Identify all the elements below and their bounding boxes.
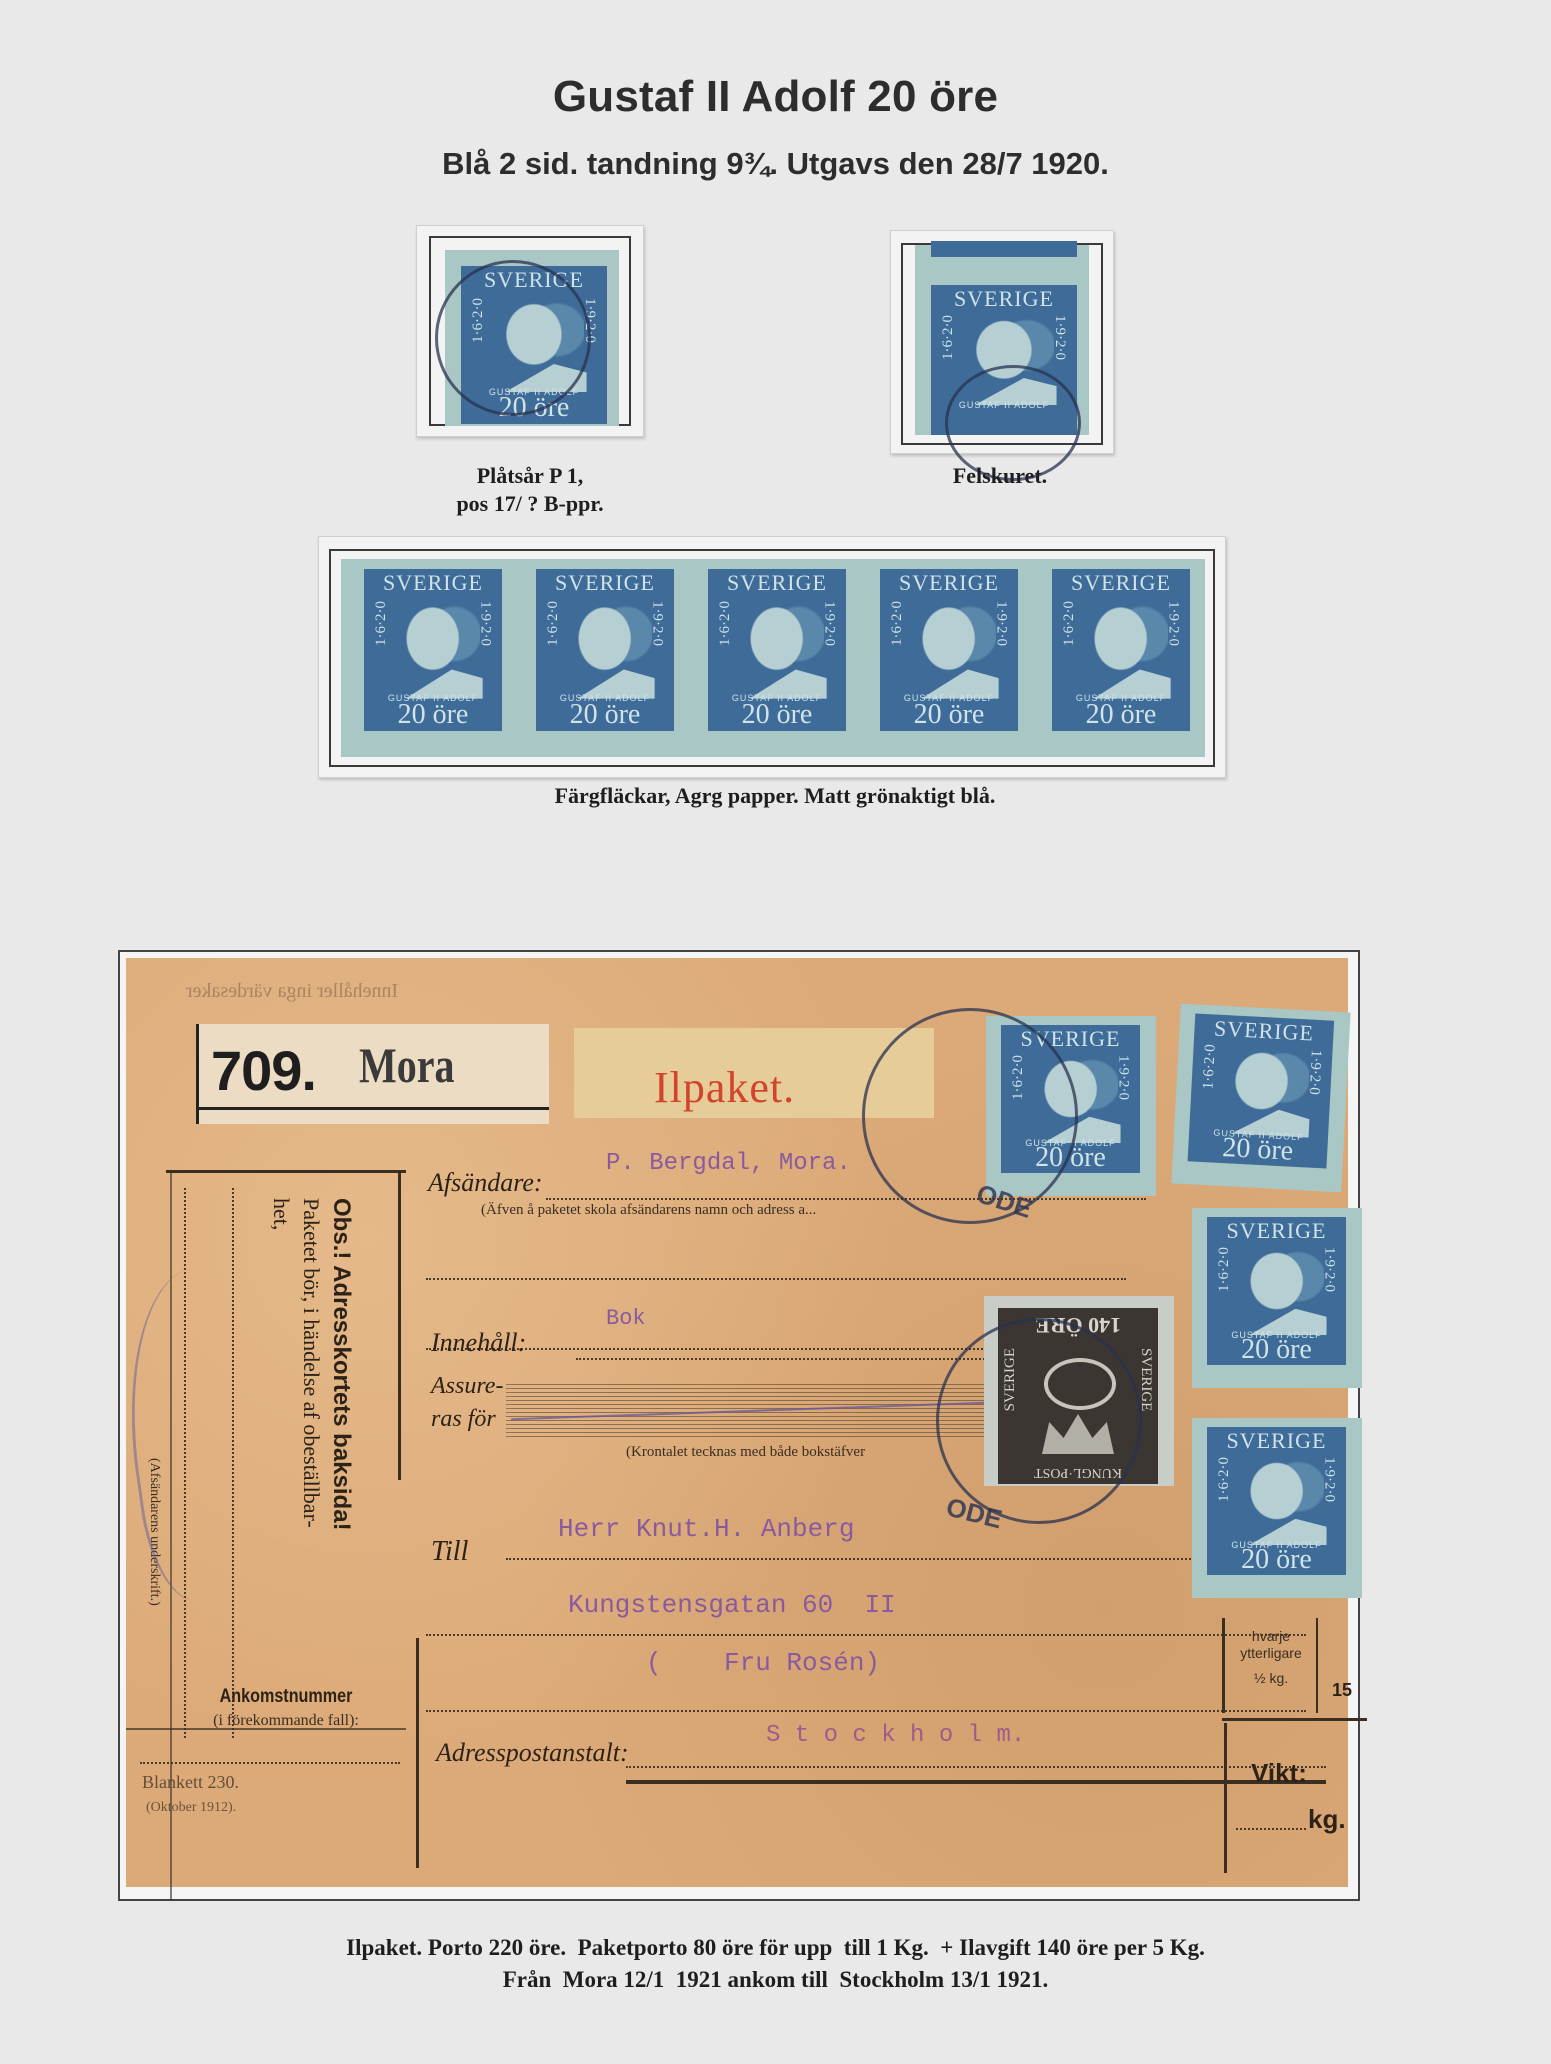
stamp-20-ore-strip-2: SVERIGE1·6·2·01·9·2·0GUSTAF II ADOLF20 ö… (521, 559, 689, 757)
side-instruction: Paketet bör, i händelse af obeställbar- … (266, 1198, 326, 1718)
postal-card: Innehåller inga värdesaker 709. Mora Ilp… (126, 958, 1348, 1887)
stamp-20-ore-strip-3: SVERIGE1·6·2·01·9·2·0GUSTAF II ADOLF20 ö… (693, 559, 861, 757)
stamp-mount-2: SVERIGE 1·6·2·0 1·9·2·0 GUSTAF II ADOLF (890, 230, 1114, 454)
postmark-odeng-1 (862, 1008, 1078, 1224)
faded-offset-print: Innehåller inga värdesaker (186, 980, 398, 1003)
form-number: Blankett 230. (142, 1772, 239, 1793)
sender-note: (Äfven å paketet skola afsändarens namn … (481, 1202, 816, 1219)
fee-box-text: hvarje ytterligare ½ kg. (1226, 1628, 1316, 1687)
caption-single-2: Felskuret. (850, 462, 1150, 490)
stamp-20-ore-card-4: SVERIGE1·6·2·01·9·2·0GUSTAF II ADOLF20 ö… (1192, 1418, 1362, 1598)
footer-line-1: Ilpaket. Porto 220 öre. Paketporto 80 ör… (0, 1932, 1551, 1964)
stamp-20-ore-card-2: SVERIGE1·6·2·01·9·2·0GUSTAF II ADOLF20 ö… (1171, 1004, 1350, 1193)
arrival-number-sub: (i förekommande fall): (156, 1712, 416, 1730)
footer-line-2: Från Mora 12/1 1921 ankom till Stockholm… (0, 1964, 1551, 1996)
caption-strip: Färgfläckar, Agrg papper. Matt grönaktig… (400, 782, 1150, 810)
postmark-odeng-2 (936, 1318, 1142, 1524)
sender-label: Afsändare: (428, 1168, 543, 1198)
arrival-number-title: Ankomstnummer (184, 1686, 388, 1708)
weight-unit: kg. (1308, 1804, 1346, 1835)
postmark (435, 260, 591, 416)
sender-value: P. Bergdal, Mora. (606, 1150, 851, 1177)
stamp-20-ore-strip-4: SVERIGE1·6·2·01·9·2·0GUSTAF II ADOLF20 ö… (865, 559, 1033, 757)
route-number: 709. (211, 1038, 316, 1103)
page-title: Gustaf II Adolf 20 öre (0, 72, 1551, 122)
stamp-20-ore-strip-1: SVERIGE1·6·2·01·9·2·0GUSTAF II ADOLF20 ö… (349, 559, 517, 757)
to-line-1: Herr Knut.H. Anberg (558, 1514, 854, 1544)
weight-label: Vikt: (1251, 1758, 1307, 1789)
to-line-3: ( Fru Rosén) (646, 1648, 880, 1678)
post-office-value: S t o c k h o l m. (766, 1722, 1025, 1749)
fee-box-value: 15 (1332, 1680, 1352, 1701)
ilpaket-text: Ilpaket. (654, 1062, 795, 1113)
side-note-vertical: Obs.! Adresskortets baksida! (326, 1198, 356, 1718)
insured-note: (Krontalet tecknas med både bokstäfver (626, 1444, 865, 1461)
stamp-20-ore-single-1: SVERIGE 1·6·2·0 1·9·2·0 GUSTAF II ADOLF … (445, 250, 619, 426)
contents-label: Innehåll: (431, 1328, 526, 1358)
route-label: 709. Mora (196, 1024, 549, 1124)
stamp-20-ore-card-3: SVERIGE1·6·2·01·9·2·0GUSTAF II ADOLF20 ö… (1192, 1208, 1362, 1388)
stamp-20-ore-miscut: SVERIGE 1·6·2·0 1·9·2·0 GUSTAF II ADOLF (915, 245, 1089, 435)
to-line-2: Kungstensgatan 60 II (568, 1590, 896, 1620)
footer-caption: Ilpaket. Porto 220 öre. Paketporto 80 ör… (0, 1932, 1551, 1996)
post-office-label: Adresspostanstalt: (436, 1738, 629, 1768)
stamp-strip: SVERIGE1·6·2·01·9·2·0GUSTAF II ADOLF20 ö… (341, 559, 1203, 757)
route-place: Mora (359, 1036, 455, 1094)
strip-mount: SVERIGE1·6·2·01·9·2·0GUSTAF II ADOLF20 ö… (318, 536, 1226, 778)
insured-label-2: ras för (431, 1406, 496, 1433)
to-label: Till (431, 1536, 468, 1568)
page-subtitle: Blå 2 sid. tandning 9¾. Utgavs den 28/7 … (0, 146, 1551, 182)
stamp-mount-1: SVERIGE 1·6·2·0 1·9·2·0 GUSTAF II ADOLF … (416, 225, 644, 437)
form-date: (Oktober 1912). (146, 1800, 236, 1816)
contents-value: Bok (606, 1306, 646, 1331)
caption-single-1: Plåtsår P 1, pos 17/ ? B-ppr. (380, 462, 680, 518)
stamp-20-ore-strip-5: SVERIGE1·6·2·01·9·2·0GUSTAF II ADOLF20 ö… (1037, 559, 1205, 757)
insured-label-1: Assure- (431, 1373, 503, 1400)
